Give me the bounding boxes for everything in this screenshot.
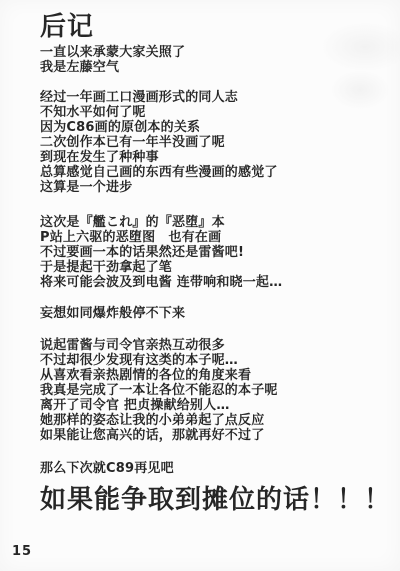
text-line: 到现在发生了种种事 xyxy=(40,150,394,165)
text-line: 经过一年画工口漫画形式的同人志 xyxy=(40,90,394,105)
shout-line: 如果能争取到摊位的话！！！ xyxy=(40,484,394,516)
page-number: 15 xyxy=(12,544,32,559)
text-line: 这算是一个进步 xyxy=(40,180,394,195)
text-line: 不知水平如何了呢 xyxy=(40,105,394,120)
text-line: 二次创作本已有一年半没画了呢 xyxy=(40,135,394,150)
afterword-page: 后记 一直以来承蒙大家关照了 我是左藤空气 经过一年画工口漫画形式的同人志 不知… xyxy=(0,0,400,571)
text-line: 将来可能会波及到电酱 连带响和晓一起… xyxy=(40,275,394,290)
text-line: 不过要画一本的话果然还是雷酱吧! xyxy=(40,245,394,260)
paragraph-progress: 经过一年画工口漫画形式的同人志 不知水平如何了呢 因为C86画的原创本的关系 二… xyxy=(40,90,394,195)
page-title: 后记 xyxy=(40,12,394,42)
paragraph-delusion: 妄想如同爆炸般停不下来 xyxy=(40,306,394,321)
text-line: 离开了司令官 把贞操献给别人… xyxy=(40,398,394,413)
text-line: 这次是『艦これ』的『恶堕』本 xyxy=(40,215,394,230)
text-line: 于是提起干劲拿起了笔 xyxy=(40,260,394,275)
paragraph-book: 这次是『艦これ』的『恶堕』本 P站上六驱的恶堕图 也有在画 不过要画一本的话果然… xyxy=(40,215,394,290)
text-line: 不过却很少发现有这类的本子呢… xyxy=(40,353,394,368)
text-line: 如果能让您高兴的话，那就再好不过了 xyxy=(40,428,394,443)
text-line: 我是左藤空气 xyxy=(40,60,394,75)
text-line: 那么下次就C89再见吧 xyxy=(40,461,394,476)
paragraph-intro: 一直以来承蒙大家关照了 我是左藤空气 xyxy=(40,45,394,75)
afterword-content: 后记 一直以来承蒙大家关照了 我是左藤空气 经过一年画工口漫画形式的同人志 不知… xyxy=(40,12,394,516)
text-line: 因为C86画的原创本的关系 xyxy=(40,120,394,135)
text-line: 我真是完成了一本让各位不能忍的本子呢 xyxy=(40,383,394,398)
text-line: 妄想如同爆炸般停不下来 xyxy=(40,306,394,321)
text-line: 总算感觉自己画的东西有些漫画的感觉了 xyxy=(40,165,394,180)
text-line: 从喜欢看亲热剧情的各位的角度来看 xyxy=(40,368,394,383)
text-line: 她那样的姿态让我的小弟弟起了点反应 xyxy=(40,413,394,428)
paragraph-closing: 那么下次就C89再见吧 xyxy=(40,461,394,476)
paragraph-raiden: 说起雷酱与司令官亲热互动很多 不过却很少发现有这类的本子呢… 从喜欢看亲热剧情的… xyxy=(40,338,394,443)
text-line: P站上六驱的恶堕图 也有在画 xyxy=(40,230,394,245)
text-line: 一直以来承蒙大家关照了 xyxy=(40,45,394,60)
text-line: 说起雷酱与司令官亲热互动很多 xyxy=(40,338,394,353)
